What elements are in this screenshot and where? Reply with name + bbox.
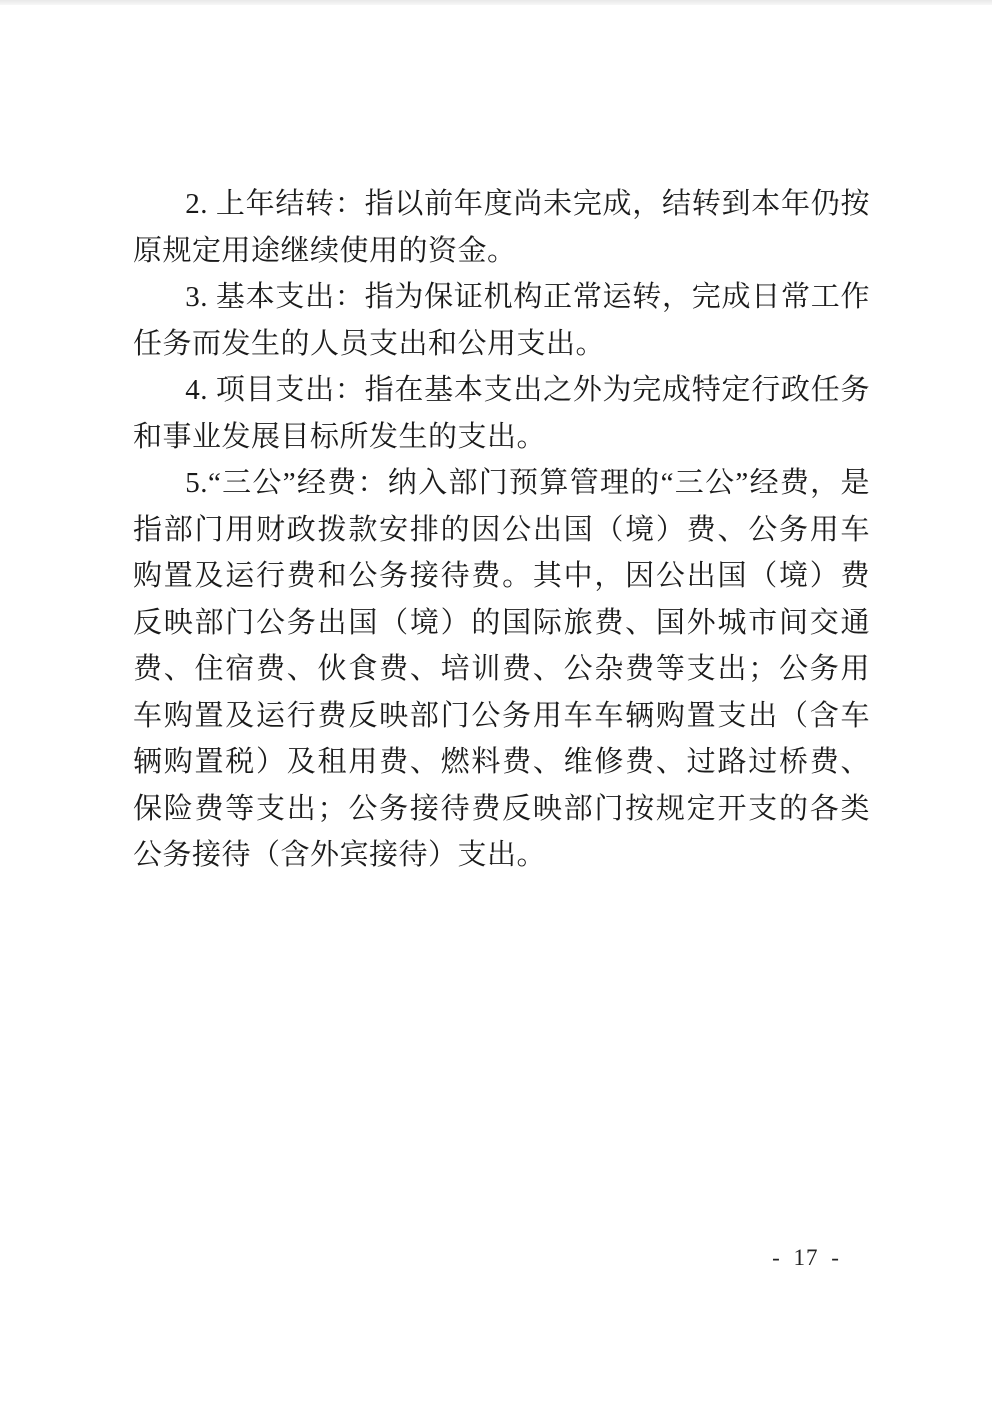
paragraph-definition-4: 4. 项目支出：指在基本支出之外为完成特定行政任务和事业发展目标所发生的支出。 [133, 367, 870, 460]
paragraph-definition-5: 5.“三公”经费：纳入部门预算管理的“三公”经费，是指部门用财政拨款安排的因公出… [133, 460, 870, 879]
scan-edge-artifact [0, 0, 992, 5]
page-number: - 17 - [756, 1244, 856, 1272]
document-page: 2. 上年结转：指以前年度尚未完成，结转到本年仍按原规定用途继续使用的资金。 3… [0, 0, 992, 1403]
document-body: 2. 上年结转：指以前年度尚未完成，结转到本年仍按原规定用途继续使用的资金。 3… [133, 181, 870, 879]
paragraph-definition-3: 3. 基本支出：指为保证机构正常运转，完成日常工作任务而发生的人员支出和公用支出… [133, 274, 870, 367]
paragraph-definition-2: 2. 上年结转：指以前年度尚未完成，结转到本年仍按原规定用途继续使用的资金。 [133, 181, 870, 274]
